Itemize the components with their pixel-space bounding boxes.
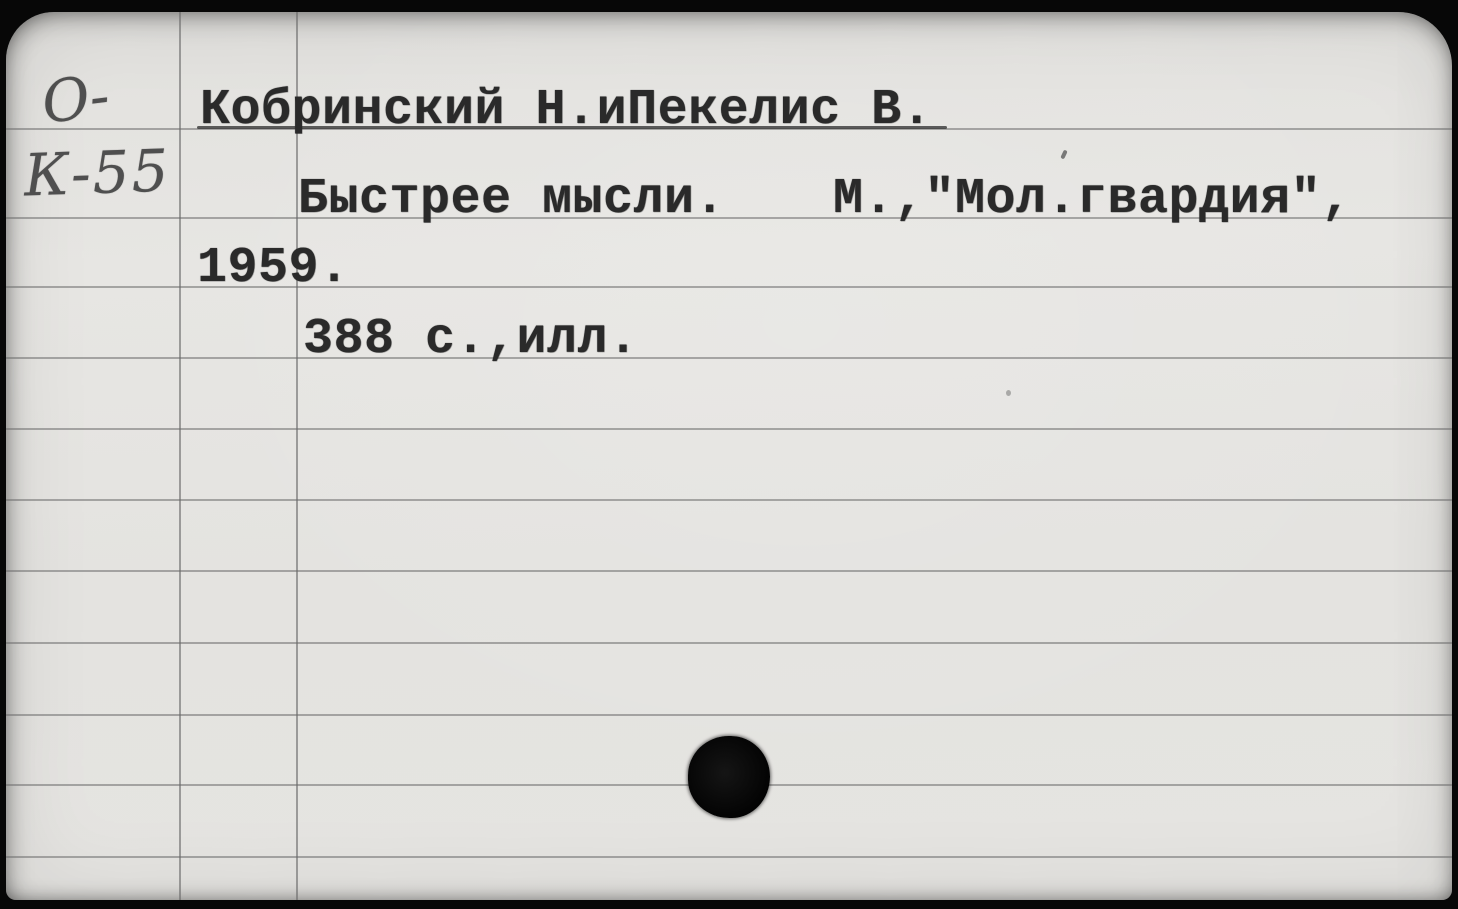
ink-speck <box>1006 390 1011 396</box>
catalog-card: О- К-55 Кобринский Н.иПекелис В. Быстрее… <box>6 12 1452 900</box>
entry-authors-line: Кобринский Н.иПекелис В. <box>200 86 932 136</box>
ruled-line <box>6 570 1452 572</box>
scan-backdrop: О- К-55 Кобринский Н.иПекелис В. Быстрее… <box>0 0 1458 909</box>
ruled-line <box>6 856 1452 858</box>
ink-speck <box>1060 150 1067 160</box>
entry-year: 1959. <box>197 244 350 294</box>
ruled-line <box>6 428 1452 430</box>
entry-imprint: М.,"Мол.гвардия", <box>833 175 1352 225</box>
vertical-margin-line-2 <box>296 12 298 900</box>
vertical-margin-line-1 <box>179 12 181 900</box>
ruled-line <box>6 714 1452 716</box>
ruled-line <box>6 357 1452 359</box>
handwritten-top-mark: О- <box>39 66 113 132</box>
punch-hole <box>688 736 770 818</box>
entry-collation: 388 с.,илл. <box>303 315 639 365</box>
handwritten-call-number: К-55 <box>23 141 171 204</box>
ruled-line <box>6 499 1452 501</box>
entry-title: Быстрее мысли. <box>298 175 725 225</box>
ruled-line <box>6 642 1452 644</box>
